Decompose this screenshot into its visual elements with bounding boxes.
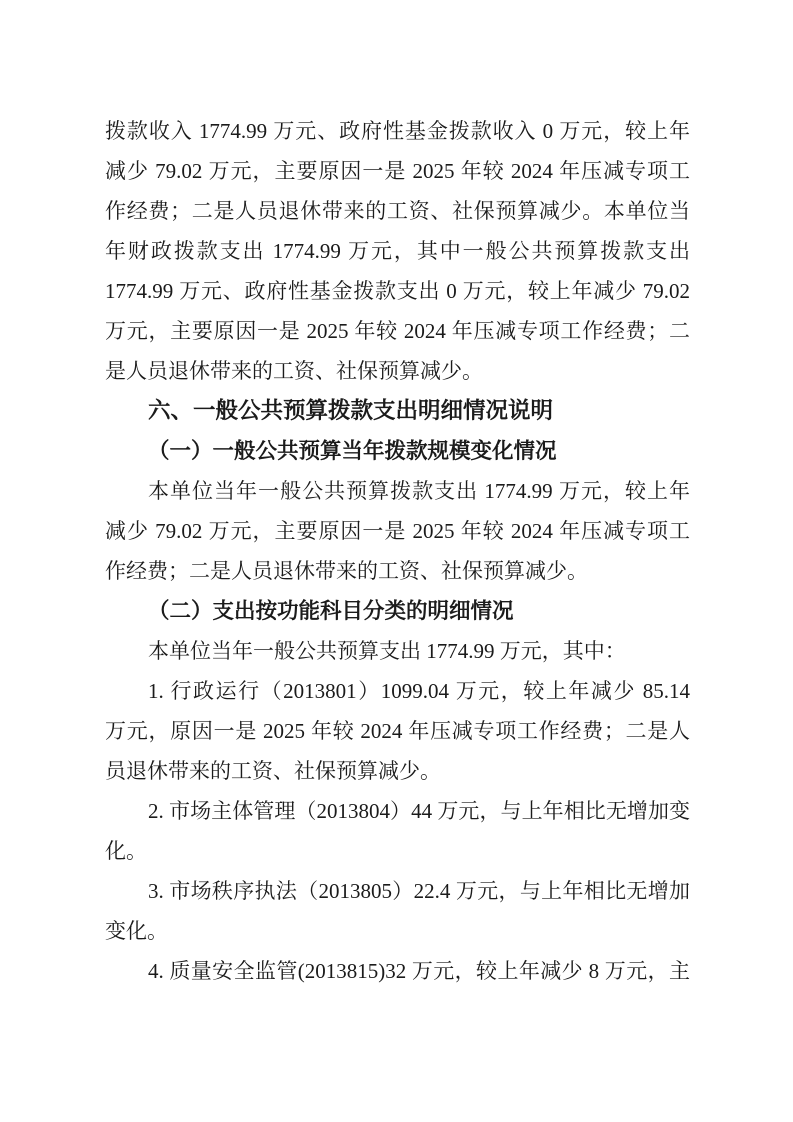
text-line: 拨款收入 1774.99 万元、政府性基金拨款收入 0 万元，较上年	[105, 111, 690, 151]
document-page: 拨款收入 1774.99 万元、政府性基金拨款收入 0 万元，较上年 减少 79…	[0, 0, 793, 1122]
subsection-heading: （一）一般公共预算当年拨款规模变化情况	[105, 431, 690, 471]
text-line: 作经费；二是人员退休带来的工资、社保预算减少。	[105, 551, 690, 591]
text-line: 1774.99 万元、政府性基金拨款支出 0 万元，较上年减少 79.02	[105, 271, 690, 311]
text-line: 化。	[105, 831, 690, 871]
text-line: 本单位当年一般公共预算拨款支出 1774.99 万元，较上年	[105, 471, 690, 511]
section-heading: 六、一般公共预算拨款支出明细情况说明	[105, 391, 690, 431]
subsection-heading: （二）支出按功能科目分类的明细情况	[105, 591, 690, 631]
text-line: 4. 质量安全监管(2013815)32 万元，较上年减少 8 万元，主	[105, 951, 690, 991]
text-line: 2. 市场主体管理（2013804）44 万元，与上年相比无增加变	[105, 791, 690, 831]
text-line: 1. 行政运行（2013801）1099.04 万元，较上年减少 85.14	[105, 671, 690, 711]
text-line: 作经费；二是人员退休带来的工资、社保预算减少。本单位当	[105, 191, 690, 231]
text-line: 年财政拨款支出 1774.99 万元，其中一般公共预算拨款支出	[105, 231, 690, 271]
text-line: 减少 79.02 万元，主要原因一是 2025 年较 2024 年压减专项工	[105, 511, 690, 551]
text-line: 员退休带来的工资、社保预算减少。	[105, 751, 690, 791]
text-line: 3. 市场秩序执法（2013805）22.4 万元，与上年相比无增加	[105, 871, 690, 911]
text-line: 减少 79.02 万元，主要原因一是 2025 年较 2024 年压减专项工	[105, 151, 690, 191]
text-line: 万元，原因一是 2025 年较 2024 年压减专项工作经费；二是人	[105, 711, 690, 751]
text-line: 变化。	[105, 911, 690, 951]
text-line: 万元，主要原因一是 2025 年较 2024 年压减专项工作经费；二	[105, 311, 690, 351]
text-line: 本单位当年一般公共预算支出 1774.99 万元，其中：	[105, 631, 690, 671]
text-line: 是人员退休带来的工资、社保预算减少。	[105, 351, 690, 391]
document-body: 拨款收入 1774.99 万元、政府性基金拨款收入 0 万元，较上年 减少 79…	[105, 111, 690, 991]
